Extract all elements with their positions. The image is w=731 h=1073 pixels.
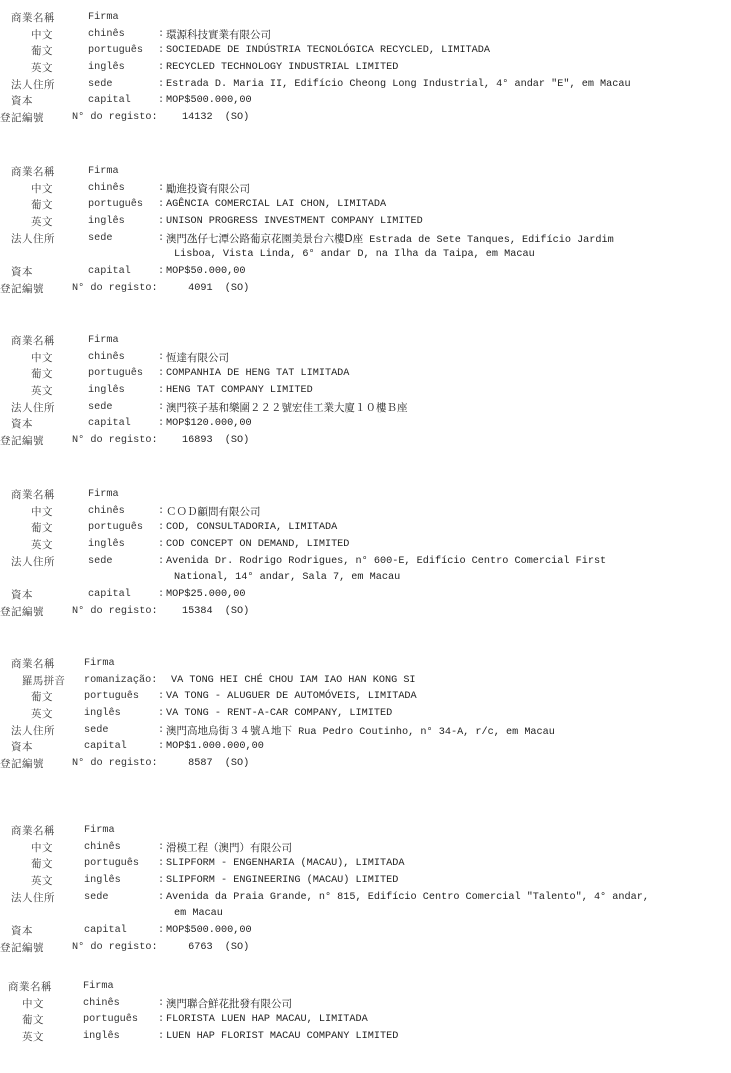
sede-row: 法人住所 sede : Avenida da Praia Grande, n° … <box>0 890 731 907</box>
firma-label-pt: Firma <box>88 10 119 27</box>
chines-label-pt: chinês <box>88 350 125 367</box>
registo-label-zh: 登記編號 <box>0 281 44 298</box>
chines-label-pt: chinês <box>83 996 120 1013</box>
romanizacao-label-zh: 羅馬拼音 <box>22 673 65 690</box>
separator: : <box>158 400 164 417</box>
portugues-value: FLORISTA LUEN HAP MACAU, LIMITADA <box>166 1012 368 1029</box>
sede-value: Avenida Dr. Rodrigo Rodrigues, n° 600-E,… <box>166 554 606 571</box>
separator: : <box>158 1029 164 1046</box>
separator: : <box>158 264 164 281</box>
ingles-label-zh: 英文 <box>31 383 53 400</box>
sede-row: 法人住所 sede : Avenida Dr. Rodrigo Rodrigue… <box>0 554 731 571</box>
romanizacao-row: 羅馬拼音 romanização: VA TONG HEI CHÉ CHOU I… <box>0 673 731 690</box>
ingles-value: RECYCLED TECHNOLOGY INDUSTRIAL LIMITED <box>166 60 398 77</box>
capital-row: 資本 capital : MOP$1.000.000,00 <box>0 739 731 756</box>
registo-label-zh: 登記編號 <box>0 604 44 621</box>
chines-row: 中文 chinês : 環源科技實業有限公司 <box>0 27 731 44</box>
separator: : <box>158 416 164 433</box>
separator: : <box>158 43 164 60</box>
portugues-row: 葡文 português : FLORISTA LUEN HAP MACAU, … <box>0 1012 731 1029</box>
sede-label-zh: 法人住所 <box>11 231 55 248</box>
romanizacao-label-pt: romanização: <box>84 673 157 690</box>
capital-label-pt: capital <box>84 739 127 756</box>
portugues-value: COMPANHIA DE HENG TAT LIMITADA <box>166 366 349 383</box>
ingles-label-zh: 英文 <box>31 537 53 554</box>
portugues-value: VA TONG - ALUGUER DE AUTOMÓVEIS, LIMITAD… <box>166 689 417 706</box>
sede-label-pt: sede <box>88 400 112 417</box>
company-entry: 商業名稱 Firma 中文 chinês : 滑模工程（澳門）有限公司 葡文 p… <box>0 823 731 957</box>
sede-value-line2: em Macau <box>174 906 223 923</box>
romanizacao-value: VA TONG HEI CHÉ CHOU IAM IAO HAN KONG SI <box>171 673 416 690</box>
separator: : <box>158 350 164 367</box>
chines-label-pt: chinês <box>88 504 125 521</box>
sede-row: 法人住所 sede : 澳門筷子基和樂圍２２２號宏佳工業大廈１０樓Ｂ座 <box>0 400 731 417</box>
capital-label-zh: 資本 <box>11 416 33 433</box>
capital-row: 資本 capital : MOP$120.000,00 <box>0 416 731 433</box>
registo-row: 登記編號 N° do registo: 15384 (SO) <box>0 604 731 621</box>
capital-label-zh: 資本 <box>11 587 33 604</box>
firma-row: 商業名稱 Firma <box>0 823 731 840</box>
capital-value: MOP$500.000,00 <box>166 923 252 940</box>
capital-label-zh: 資本 <box>11 739 33 756</box>
sede-label-pt: sede <box>88 554 112 571</box>
ingles-label-pt: inglês <box>88 214 125 231</box>
registo-label-zh: 登記編號 <box>0 940 44 957</box>
separator: : <box>158 537 164 554</box>
separator: : <box>158 996 164 1013</box>
ingles-value: UNISON PROGRESS INVESTMENT COMPANY LIMIT… <box>166 214 423 231</box>
capital-label-pt: capital <box>88 416 131 433</box>
capital-label-zh: 資本 <box>11 923 33 940</box>
registo-label-zh: 登記編號 <box>0 433 44 450</box>
capital-value: MOP$25.000,00 <box>166 587 245 604</box>
firma-label-zh: 商業名稱 <box>8 979 52 996</box>
company-entry: 商業名稱 Firma 羅馬拼音 romanização: VA TONG HEI… <box>0 656 731 773</box>
chines-row: 中文 chinês : 澳門聯合鮮花批發有限公司 <box>0 996 731 1013</box>
portugues-label-zh: 葡文 <box>31 197 53 214</box>
registo-value: 6763 (SO) <box>182 940 249 957</box>
separator: : <box>158 587 164 604</box>
registo-row: 登記編號 N° do registo: 6763 (SO) <box>0 940 731 957</box>
company-entry: 商業名稱 Firma 中文 chinês : 勵進投資有限公司 葡文 portu… <box>0 164 731 298</box>
chines-label-pt: chinês <box>88 27 125 44</box>
ingles-value: LUEN HAP FLORIST MACAU COMPANY LIMITED <box>166 1029 398 1046</box>
portugues-value: SOCIEDADE DE INDÚSTRIA TECNOLÓGICA RECYC… <box>166 43 490 60</box>
separator: : <box>158 890 164 907</box>
separator: : <box>158 723 164 740</box>
portugues-label-zh: 葡文 <box>22 1012 44 1029</box>
ingles-value: VA TONG - RENT-A-CAR COMPANY, LIMITED <box>166 706 392 723</box>
firma-label-pt: Firma <box>83 979 114 996</box>
registo-label-pt: N° do registo: <box>72 110 158 127</box>
portugues-value: SLIPFORM - ENGENHARIA (MACAU), LIMITADA <box>166 856 404 873</box>
firma-label-zh: 商業名稱 <box>11 823 55 840</box>
separator: : <box>158 27 164 44</box>
firma-row: 商業名稱 Firma <box>0 10 731 27</box>
separator: : <box>158 60 164 77</box>
ingles-row: 英文 inglês : RECYCLED TECHNOLOGY INDUSTRI… <box>0 60 731 77</box>
ingles-value: SLIPFORM - ENGINEERING (MACAU) LIMITED <box>166 873 398 890</box>
portugues-label-pt: português <box>88 197 143 214</box>
ingles-label-zh: 英文 <box>31 214 53 231</box>
portugues-label-zh: 葡文 <box>31 689 53 706</box>
sede-value-line2: National, 14° andar, Sala 7, em Macau <box>174 570 400 587</box>
ingles-label-zh: 英文 <box>22 1029 44 1046</box>
ingles-value: HENG TAT COMPANY LIMITED <box>166 383 313 400</box>
ingles-label-pt: inglês <box>88 60 125 77</box>
chines-label-pt: chinês <box>84 840 121 857</box>
portugues-row: 葡文 português : SOCIEDADE DE INDÚSTRIA TE… <box>0 43 731 60</box>
sede-label-pt: sede <box>84 890 108 907</box>
capital-value: MOP$1.000.000,00 <box>166 739 264 756</box>
registo-label-pt: N° do registo: <box>72 281 158 298</box>
sede-label-zh: 法人住所 <box>11 723 55 740</box>
chines-label-zh: 中文 <box>31 504 53 521</box>
registo-label-zh: 登記編號 <box>0 110 44 127</box>
portugues-row: 葡文 português : COMPANHIA DE HENG TAT LIM… <box>0 366 731 383</box>
capital-label-pt: capital <box>88 93 131 110</box>
portugues-label-pt: português <box>88 520 143 537</box>
firma-row: 商業名稱 Firma <box>0 979 731 996</box>
capital-value: MOP$120.000,00 <box>166 416 252 433</box>
chines-row: 中文 chinês : 勵進投資有限公司 <box>0 181 731 198</box>
portugues-label-pt: português <box>88 43 143 60</box>
separator: : <box>158 197 164 214</box>
ingles-label-zh: 英文 <box>31 706 53 723</box>
sede-label-zh: 法人住所 <box>11 400 55 417</box>
sede-row: 法人住所 sede : Estrada D. Maria II, Edifíci… <box>0 77 731 94</box>
separator: : <box>158 93 164 110</box>
separator: : <box>158 706 164 723</box>
separator: : <box>158 77 164 94</box>
portugues-label-zh: 葡文 <box>31 43 53 60</box>
ingles-label-zh: 英文 <box>31 60 53 77</box>
capital-value: MOP$500.000,00 <box>166 93 252 110</box>
portugues-row: 葡文 português : VA TONG - ALUGUER DE AUTO… <box>0 689 731 706</box>
capital-label-pt: capital <box>84 923 127 940</box>
sede-row-continued: National, 14° andar, Sala 7, em Macau <box>0 570 731 587</box>
registo-label-pt: N° do registo: <box>72 940 158 957</box>
portugues-row: 葡文 português : AGÊNCIA COMERCIAL LAI CHO… <box>0 197 731 214</box>
portugues-label-pt: português <box>84 856 139 873</box>
capital-label-zh: 資本 <box>11 93 33 110</box>
firma-label-zh: 商業名稱 <box>11 164 55 181</box>
ingles-label-pt: inglês <box>84 706 121 723</box>
ingles-label-pt: inglês <box>83 1029 120 1046</box>
ingles-label-pt: inglês <box>88 537 125 554</box>
capital-row: 資本 capital : MOP$500.000,00 <box>0 93 731 110</box>
registo-value: 14132 (SO) <box>182 110 249 127</box>
separator: : <box>158 554 164 571</box>
chines-label-zh: 中文 <box>31 840 53 857</box>
separator: : <box>158 366 164 383</box>
registo-value: 4091 (SO) <box>182 281 249 298</box>
portugues-label-pt: português <box>88 366 143 383</box>
firma-row: 商業名稱 Firma <box>0 656 731 673</box>
separator: : <box>158 856 164 873</box>
separator: : <box>158 520 164 537</box>
portugues-label-zh: 葡文 <box>31 520 53 537</box>
registo-row: 登記編號 N° do registo: 16893 (SO) <box>0 433 731 450</box>
firma-row: 商業名稱 Firma <box>0 164 731 181</box>
sede-row-continued: em Macau <box>0 906 731 923</box>
company-entry: 商業名稱 Firma 中文 chinês : ＣＯＤ顧問有限公司 葡文 port… <box>0 487 731 621</box>
firma-label-pt: Firma <box>88 164 119 181</box>
chines-row: 中文 chinês : ＣＯＤ顧問有限公司 <box>0 504 731 521</box>
separator: : <box>158 873 164 890</box>
portugues-value: AGÊNCIA COMERCIAL LAI CHON, LIMITADA <box>166 197 386 214</box>
portugues-label-zh: 葡文 <box>31 366 53 383</box>
chines-row: 中文 chinês : 恆達有限公司 <box>0 350 731 367</box>
registo-row: 登記編號 N° do registo: 8587 (SO) <box>0 756 731 773</box>
portugues-label-zh: 葡文 <box>31 856 53 873</box>
company-entry: 商業名稱 Firma 中文 chinês : 澳門聯合鮮花批發有限公司 葡文 p… <box>0 979 731 1046</box>
company-entry: 商業名稱 Firma 中文 chinês : 恆達有限公司 葡文 portugu… <box>0 333 731 450</box>
firma-label-pt: Firma <box>88 487 119 504</box>
separator: : <box>158 181 164 198</box>
ingles-value: COD CONCEPT ON DEMAND, LIMITED <box>166 537 349 554</box>
capital-row: 資本 capital : MOP$500.000,00 <box>0 923 731 940</box>
ingles-label-pt: inglês <box>88 383 125 400</box>
firma-row: 商業名稱 Firma <box>0 487 731 504</box>
registo-label-pt: N° do registo: <box>72 756 158 773</box>
ingles-row: 英文 inglês : LUEN HAP FLORIST MACAU COMPA… <box>0 1029 731 1046</box>
firma-label-zh: 商業名稱 <box>11 10 55 27</box>
separator: : <box>158 689 164 706</box>
capital-row: 資本 capital : MOP$25.000,00 <box>0 587 731 604</box>
separator: : <box>158 739 164 756</box>
firma-row: 商業名稱 Firma <box>0 333 731 350</box>
separator: : <box>158 1012 164 1029</box>
capital-label-pt: capital <box>88 264 131 281</box>
registo-value: 16893 (SO) <box>182 433 249 450</box>
firma-label-zh: 商業名稱 <box>11 487 55 504</box>
registo-label-pt: N° do registo: <box>72 604 158 621</box>
separator: : <box>158 840 164 857</box>
chines-label-zh: 中文 <box>31 350 53 367</box>
chines-label-zh: 中文 <box>31 27 53 44</box>
ingles-label-zh: 英文 <box>31 873 53 890</box>
sede-value: Estrada D. Maria II, Edifício Cheong Lon… <box>166 77 631 94</box>
sede-row: 法人住所 sede : 澳門氹仔七潭公路葡京花園美景台六樓D座 Estrada … <box>0 231 731 248</box>
separator: : <box>158 383 164 400</box>
separator: : <box>158 214 164 231</box>
separator: : <box>158 231 164 248</box>
firma-label-pt: Firma <box>84 656 115 673</box>
separator: : <box>158 504 164 521</box>
sede-value: Avenida da Praia Grande, n° 815, Edifíci… <box>166 890 649 907</box>
ingles-row: 英文 inglês : COD CONCEPT ON DEMAND, LIMIT… <box>0 537 731 554</box>
sede-label-pt: sede <box>88 77 112 94</box>
portugues-value: COD, CONSULTADORIA, LIMITADA <box>166 520 337 537</box>
registo-label-zh: 登記編號 <box>0 756 44 773</box>
firma-label-pt: Firma <box>88 333 119 350</box>
firma-label-zh: 商業名稱 <box>11 656 55 673</box>
registo-value: 15384 (SO) <box>182 604 249 621</box>
capital-label-pt: capital <box>88 587 131 604</box>
portugues-row: 葡文 português : COD, CONSULTADORIA, LIMIT… <box>0 520 731 537</box>
ingles-row: 英文 inglês : UNISON PROGRESS INVESTMENT C… <box>0 214 731 231</box>
capital-label-zh: 資本 <box>11 264 33 281</box>
registo-value: 8587 (SO) <box>182 756 249 773</box>
ingles-row: 英文 inglês : SLIPFORM - ENGINEERING (MACA… <box>0 873 731 890</box>
sede-row-continued: Lisboa, Vista Linda, 6° andar D, na Ilha… <box>0 247 731 264</box>
sede-value-line2: Lisboa, Vista Linda, 6° andar D, na Ilha… <box>174 247 535 264</box>
registo-row: 登記編號 N° do registo: 14132 (SO) <box>0 110 731 127</box>
registo-row: 登記編號 N° do registo: 4091 (SO) <box>0 281 731 298</box>
sede-label-zh: 法人住所 <box>11 77 55 94</box>
ingles-row: 英文 inglês : VA TONG - RENT-A-CAR COMPANY… <box>0 706 731 723</box>
portugues-label-pt: português <box>84 689 139 706</box>
ingles-label-pt: inglês <box>84 873 121 890</box>
chines-row: 中文 chinês : 滑模工程（澳門）有限公司 <box>0 840 731 857</box>
chines-label-zh: 中文 <box>31 181 53 198</box>
ingles-row: 英文 inglês : HENG TAT COMPANY LIMITED <box>0 383 731 400</box>
capital-row: 資本 capital : MOP$50.000,00 <box>0 264 731 281</box>
registo-label-pt: N° do registo: <box>72 433 158 450</box>
portugues-label-pt: português <box>83 1012 138 1029</box>
sede-label-zh: 法人住所 <box>11 554 55 571</box>
sede-label-pt: sede <box>84 723 108 740</box>
chines-label-zh: 中文 <box>22 996 44 1013</box>
sede-row: 法人住所 sede : 澳門高地烏街３４號Ａ地下 Rua Pedro Couti… <box>0 723 731 740</box>
company-entry: 商業名稱 Firma 中文 chinês : 環源科技實業有限公司 葡文 por… <box>0 10 731 127</box>
firma-label-zh: 商業名稱 <box>11 333 55 350</box>
firma-label-pt: Firma <box>84 823 115 840</box>
sede-label-zh: 法人住所 <box>11 890 55 907</box>
capital-value: MOP$50.000,00 <box>166 264 245 281</box>
separator: : <box>158 923 164 940</box>
portugues-row: 葡文 português : SLIPFORM - ENGENHARIA (MA… <box>0 856 731 873</box>
chines-label-pt: chinês <box>88 181 125 198</box>
sede-label-pt: sede <box>88 231 112 248</box>
